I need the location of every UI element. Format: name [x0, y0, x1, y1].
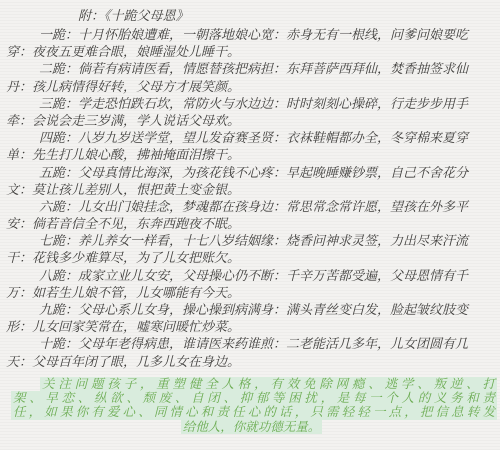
poem-line: 三跪：学走恐怕跌石坎，常防火与水边边：时时刻刻心操碎，行走步步用手: [6, 96, 497, 113]
highlight-line-4: 给他人，你就功德无量。: [6, 420, 497, 434]
poem-line: 牵：会说会走三岁满，学人说话父母欢。: [6, 113, 497, 130]
document-page: 附：《十跪父母恩》 一跪：十月怀胎娘遭难，一朝落地娘心宽：赤身无有一根线，问爹问…: [0, 0, 500, 434]
highlight-paragraph: 关注问题孩子，重塑健全人格，有效免除网瘾、逃学、叛逆、打 架、早恋、纵欲、颓废、…: [6, 377, 497, 434]
highlight-line-2: 架、早恋、纵欲、颓废、自闭、抑郁等困扰，是每一个人的义务和责: [6, 391, 497, 405]
poem-line: 十跪：父母年老得病患，谁请医来药谁煎：二老能活几多年，儿女团圆有几: [6, 336, 497, 353]
poem-body: 一跪：十月怀胎娘遭难，一朝落地娘心宽：赤身无有一根线，问爹问娘要吃穿：夜夜五更难…: [6, 27, 497, 371]
poem-line: 七跪：养儿养女一样看，十七八岁结姻缘：烧香问神求灵签，力出尽来汗流: [6, 233, 497, 250]
poem-line: 穿：夜夜五更难合眼，娘睡湿处儿睡干。: [6, 44, 497, 61]
highlighted-text: 架、早恋、纵欲、颓废、自闭、抑郁等困扰，是每一个人的义务和责: [11, 391, 497, 405]
highlighted-text: 关注问题孩子，重塑健全人格，有效免除网瘾、逃学、叛逆、打: [40, 377, 497, 391]
poem-line: 二跪：倘若有病请医看，情愿替孩把病担：东拜菩萨西拜仙，焚香抽签求仙: [6, 61, 497, 78]
poem-line: 四跪：八岁九岁送学堂，望儿发奋赛圣贤：衣袜鞋帽都办全，冬穿棉来夏穿: [6, 130, 497, 147]
poem-line: 文：莫让孩儿差别人，恨把黄土变金银。: [6, 182, 497, 199]
poem-line: 丹：孩儿病情得好转，父母方才展笑颜。: [6, 79, 497, 96]
highlight-line-3: 任，如果你有爱心、同情心和责任心的话，只需轻轻一点，把信息转发: [6, 405, 497, 419]
poem-line: 安：倘若音信全不见，东奔西跑夜不眠。: [6, 216, 497, 233]
poem-line: 单：先生打儿娘心酸，拂袖掩面泪擦干。: [6, 147, 497, 164]
poem-line: 九跪：父母心系儿女身，操心操到病满身：满头青丝变白发，脸起皱纹肢变: [6, 302, 497, 319]
poem-line: 六跪：儿女出门娘挂念，梦魂都在孩身边：常思常念常许愿，望孩在外多平: [6, 199, 497, 216]
poem-line: 天：父母百年闭了眼，几多儿女在身边。: [6, 354, 497, 371]
poem-line: 八跪：成家立业儿女安，父母操心仍不断：千辛万苦都受遍，父母恩情有千: [6, 268, 497, 285]
highlighted-text: 任，如果你有爱心、同情心和责任心的话，只需轻轻一点，把信息转发: [11, 405, 497, 419]
poem-line: 一跪：十月怀胎娘遭难，一朝落地娘心宽：赤身无有一根线，问爹问娘要吃: [6, 27, 497, 44]
poem-line: 五跪：父母真情比海深，为孩花钱不心疼：早起晚睡赚钞票，自己不舍花分: [6, 165, 497, 182]
poem-title: 附：《十跪父母恩》: [6, 7, 497, 26]
poem-line: 干：花钱多少难算尽，为了儿女把账欠。: [6, 250, 497, 267]
poem-line: 形：儿女回家笑常在，嘘寒问暖忙炒菜。: [6, 319, 497, 336]
highlighted-text: 给他人，你就功德无量。: [181, 420, 323, 434]
highlight-line-1: 关注问题孩子，重塑健全人格，有效免除网瘾、逃学、叛逆、打: [6, 377, 497, 391]
poem-line: 万：如若生儿娘不管，儿女哪能有今天。: [6, 285, 497, 302]
